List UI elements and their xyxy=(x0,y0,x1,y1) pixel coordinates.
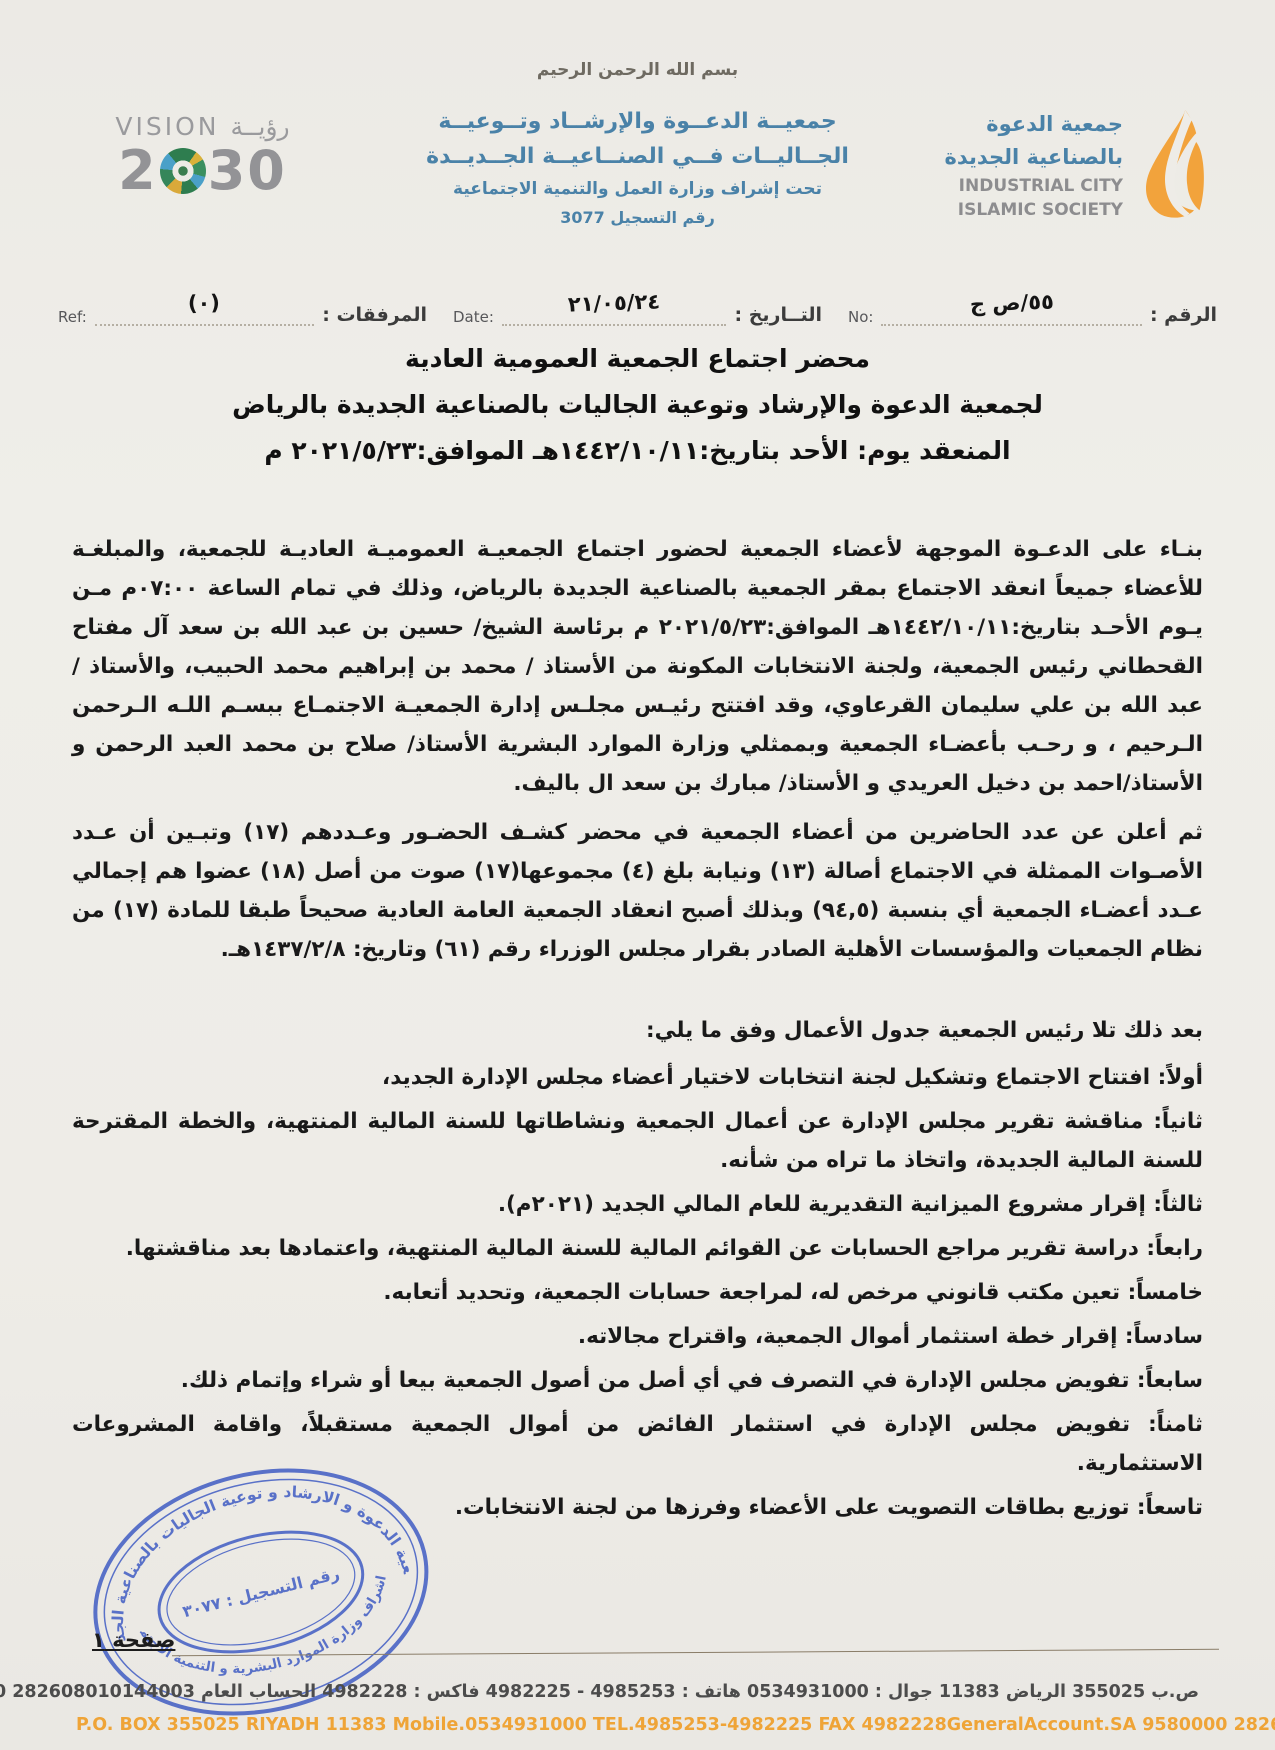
ref-date-label-ar: التــاريخ : xyxy=(734,304,822,326)
ref-attachments-label-ar: المرفقات : xyxy=(322,304,427,326)
ref-number-field: ٥٥/ص ج xyxy=(881,292,1142,326)
ref-date-value: ٢١/٠٥/٢٤ xyxy=(567,286,660,319)
stamp-center-text: رقم التسجيل : ٣٠٧٧ xyxy=(181,1564,342,1621)
agenda-item-7: سابعاً: تفويض مجلس الإدارة في التصرف في … xyxy=(72,1361,1203,1400)
ref-attachments-group: المرفقات : (٠) Ref: xyxy=(58,292,427,326)
ref-date-group: التــاريخ : ٢١/٠٥/٢٤ Date: xyxy=(453,292,822,326)
ref-number-value: ٥٥/ص ج xyxy=(969,287,1054,320)
flame-icon xyxy=(1139,108,1205,220)
saudi-emblem-icon xyxy=(160,148,206,194)
vision-digit-2: 2 xyxy=(118,143,158,199)
ref-date-field: ٢١/٠٥/٢٤ xyxy=(502,292,727,326)
society-english-line1: INDUSTRIAL CITY xyxy=(944,174,1123,198)
paragraph-quorum: ثم أعلن عن عدد الحاضرين من أعضاء الجمعية… xyxy=(72,813,1203,969)
organization-name-block: جمعيــة الدعــوة والإرشــاد وتــوعيــة ا… xyxy=(426,104,849,232)
reference-line: الرقم : ٥٥/ص ج No: التــاريخ : ٢١/٠٥/٢٤ … xyxy=(58,292,1217,326)
org-name-line2: الجــاليــات فــي الصنــاعيــة الجــديــ… xyxy=(426,139,849,174)
agenda-item-5: خامساً: تعين مكتب قانوني مرخص له، لمراجع… xyxy=(72,1273,1203,1312)
agenda-item-6: سادساً: إقرار خطة استثمار أموال الجمعية،… xyxy=(72,1317,1203,1356)
document-title: محضر اجتماع الجمعية العمومية العادية لجم… xyxy=(0,336,1275,474)
society-arabic-line2: بالصناعية الجديدة xyxy=(944,141,1123,174)
ref-number-label-ar: الرقم : xyxy=(1150,304,1217,326)
vision-logo-text: VISION رؤيــة xyxy=(85,112,320,141)
agenda-item-4: رابعاً: دراسة تقرير مراجع الحسابات عن ال… xyxy=(72,1229,1203,1268)
title-line1: محضر اجتماع الجمعية العمومية العادية xyxy=(0,336,1275,382)
agenda-item-3: ثالثاً: إقرار مشروع الميزانية التقديرية … xyxy=(72,1185,1203,1224)
agenda-item-9: تاسعاً: توزيع بطاقات التصويت على الأعضاء… xyxy=(72,1488,1203,1527)
page-number: صفحة ١ xyxy=(92,1628,175,1652)
society-arabic-line1: جمعية الدعوة xyxy=(944,108,1123,141)
title-line2: لجمعية الدعوة والإرشاد وتوعية الجاليات ب… xyxy=(0,382,1275,428)
ref-attachments-label-en: Ref: xyxy=(58,308,87,326)
ref-attachments-field: (٠) xyxy=(95,292,314,326)
document-page: بسم الله الرحمن الرحيم VISION رؤيــة 2 3… xyxy=(0,0,1275,1750)
society-english-line2: ISLAMIC SOCIETY xyxy=(944,198,1123,222)
agenda-intro: بعد ذلك تلا رئيس الجمعية جدول الأعمال وف… xyxy=(72,1011,1203,1050)
org-name-line1: جمعيــة الدعــوة والإرشــاد وتــوعيــة xyxy=(426,104,849,139)
agenda-item-1: أولاً: افتتاح الاجتماع وتشكيل لجنة انتخا… xyxy=(72,1058,1203,1097)
agenda-item-2: ثانياً: مناقشة تقرير مجلس الإدارة عن أعم… xyxy=(72,1102,1203,1180)
footer-contact-english: P.O. BOX 355025 RIYADH 11383 Mobile.0534… xyxy=(76,1715,1199,1735)
society-logo-text: جمعية الدعوة بالصناعية الجديدة INDUSTRIA… xyxy=(944,108,1123,222)
society-logo-block: جمعية الدعوة بالصناعية الجديدة INDUSTRIA… xyxy=(944,108,1205,222)
vision-logo-number: 2 30 xyxy=(85,143,320,199)
title-line3: المنعقد يوم: الأحد بتاريخ:١٤٤٢/١٠/١١هـ ا… xyxy=(0,428,1275,474)
footer-divider-line xyxy=(172,1649,1219,1656)
agenda-item-8: ثامناً: تفويض مجلس الإدارة في استثمار ال… xyxy=(72,1405,1203,1483)
vision-digit-30: 30 xyxy=(208,143,287,199)
org-registration-number: رقم التسجيل 3077 xyxy=(426,204,849,232)
org-supervision-line: تحت إشراف وزارة العمل والتنمية الاجتماعي… xyxy=(426,174,849,204)
ref-attachments-value: (٠) xyxy=(188,287,221,318)
ref-number-group: الرقم : ٥٥/ص ج No: xyxy=(848,292,1217,326)
vision-2030-logo: VISION رؤيــة 2 30 xyxy=(85,112,320,199)
footer-contact-arabic: ص.ب 355025 الرياض 11383 جوال : 053493100… xyxy=(76,1682,1199,1702)
document-body: بنـاء على الدعـوة الموجهة لأعضاء الجمعية… xyxy=(72,530,1203,1532)
paragraph-attendance-call: بنـاء على الدعـوة الموجهة لأعضاء الجمعية… xyxy=(72,530,1203,803)
ref-date-label-en: Date: xyxy=(453,308,494,326)
bismillah-text: بسم الله الرحمن الرحيم xyxy=(0,60,1275,80)
ref-number-label-en: No: xyxy=(848,308,873,326)
